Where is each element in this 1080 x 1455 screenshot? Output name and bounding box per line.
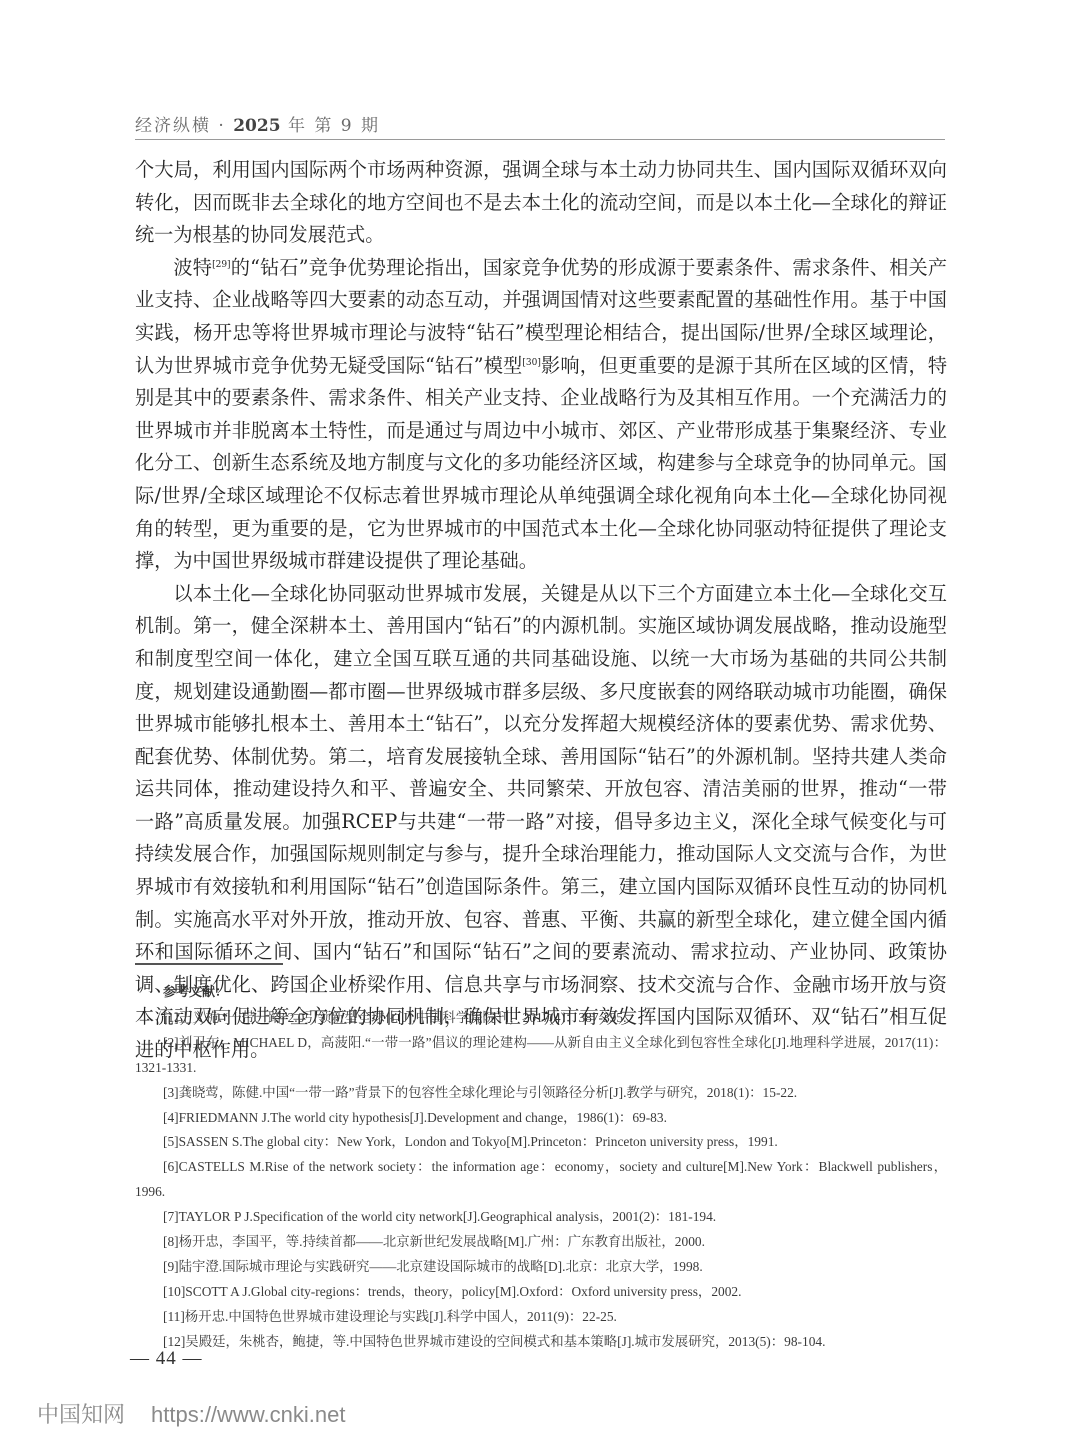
page-number: — 44 — [130,1348,203,1370]
paragraph-text: 影响，但更重要的是源于其所在区域的区情，特别是其中的要素条件、需求条件、相关产业… [135,354,947,573]
cnki-watermark: 中国知网https://www.cnki.net [37,1398,345,1429]
references-section: 参考文献： [1]王义桅.“一带一路”2.0引领新型全球化[J].中国科学院院刊… [135,981,947,1355]
references-title: 参考文献： [135,981,947,1006]
reference-item: [12]吴殿廷，朱桃杏，鲍捷，等.中国特色世界城市建设的空间模式和基本策略[J]… [135,1330,947,1355]
paragraph-text: 波特 [173,256,212,279]
journal-name: 经济纵横 [135,116,211,136]
reference-item: [4]FRIEDMANN J.The world city hypothesis… [135,1106,947,1131]
reference-item: [8]杨开忠，李国平，等.持续首都——北京新世纪发展战略[M].广州：广东教育出… [135,1230,947,1255]
issue-year: 2025 [233,116,280,136]
citation-30[interactable]: [30] [522,358,540,368]
paragraph-text: 个大局，利用国内国际两个市场两种资源，强调全球与本土动力协同共生、国内国际双循环… [135,158,947,246]
header-rule [135,139,945,140]
reference-item: [11]杨开忠.中国特色世界城市建设理论与实践[J].科学中国人，2011(9)… [135,1305,947,1330]
paragraph-porter-diamond: 波特[29]的“钻石”竞争优势理论指出，国家竞争优势的形成源于要素条件、需求条件… [135,252,947,578]
references-rule [135,963,283,965]
reference-item: [5]SASSEN S.The global city：New York，Lon… [135,1130,947,1155]
running-header: 经济纵横 · 2025 年 第 9 期 [135,111,945,136]
reference-item: [3]龚晓莺，陈健.中国“一带一路”背景下的包容性全球化理论与引领路径分析[J]… [135,1081,947,1106]
watermark-brand: 中国知网 [37,1403,125,1428]
reference-item: [6]CASTELLS M.Rise of the network societ… [135,1155,947,1205]
header-separator: · [211,116,233,136]
article-body: 个大局，利用国内国际两个市场两种资源，强调全球与本土动力协同共生、国内国际双循环… [135,154,947,1067]
reference-item: [1]王义桅.“一带一路”2.0引领新型全球化[J].中国科学院院刊，2017(… [135,1006,947,1031]
citation-29[interactable]: [29] [212,260,230,270]
reference-item: [9]陆宇澄.国际城市理论与实践研究——北京建设国际城市的战略[D].北京：北京… [135,1255,947,1280]
reference-item: [2]刘卫东，MICHAEL D，高菠阳.“一带一路”倡议的理论建构——从新自由… [135,1031,947,1081]
issue-number: 年 第 9 期 [281,116,380,136]
watermark-url[interactable]: https://www.cnki.net [151,1402,345,1427]
paragraph-continued: 个大局，利用国内国际两个市场两种资源，强调全球与本土动力协同共生、国内国际双循环… [135,154,947,252]
reference-item: [7]TAYLOR P J.Specification of the world… [135,1205,947,1230]
reference-item: [10]SCOTT A J.Global city-regions：trends… [135,1280,947,1305]
